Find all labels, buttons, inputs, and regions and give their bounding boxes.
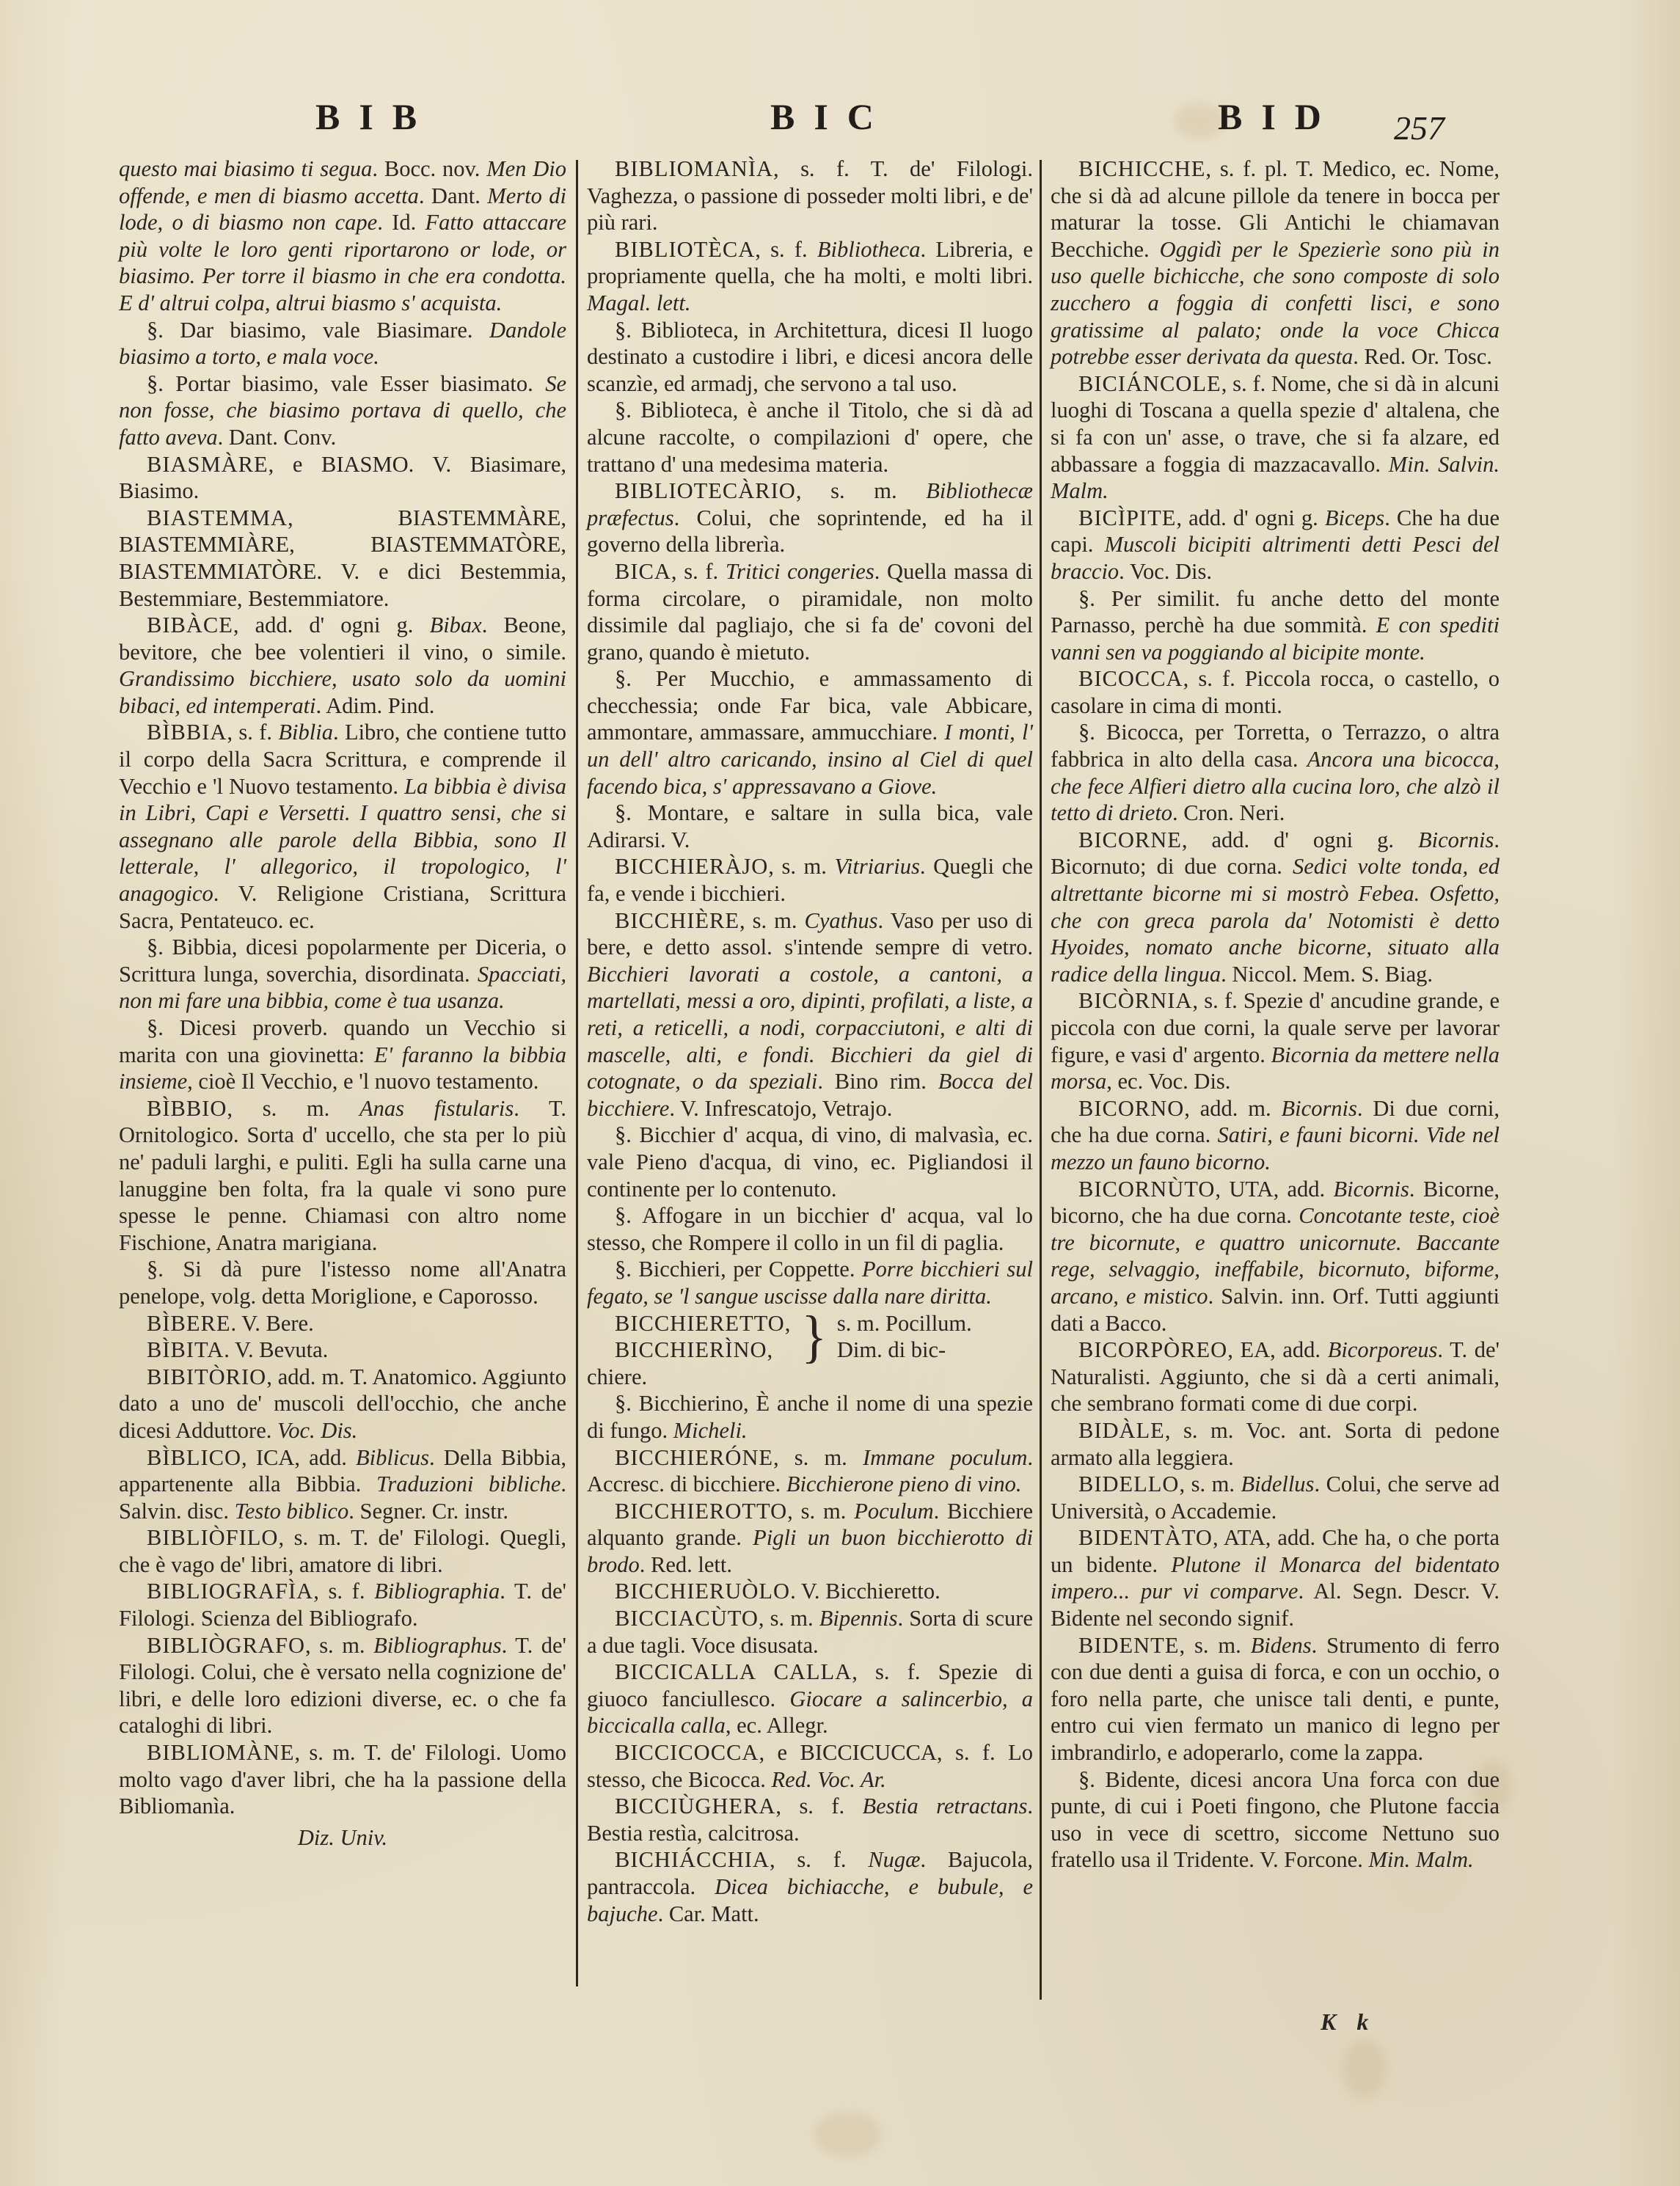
definition-text: , UTA, add. [1215, 1177, 1333, 1202]
column-rule-left [576, 160, 578, 1986]
definition-text: , s. m. [305, 1633, 373, 1658]
dictionary-entry: BIBÀCE, add. d' ogni g. Bibax. Beone, be… [119, 612, 566, 719]
headword: BIBLIOMANÌA [615, 156, 773, 181]
dictionary-entry: BIASMÀRE, e BIASMO. V. Biasimare, Biasim… [119, 451, 566, 505]
shared-definition: s. m. Pocillum.Dim. di bic- [837, 1310, 972, 1364]
italic-citation: Poculum [854, 1499, 933, 1524]
dictionary-entry-braced: BICCHIERETTO,BICCHIERÌNO,}s. m. Pocillum… [587, 1310, 1033, 1391]
sub-sense: §. Biblioteca, in Architettura, dicesi I… [587, 317, 1033, 398]
headword: BICCHIÈRE [615, 908, 739, 933]
headword: BICORNE [1078, 827, 1182, 852]
italic-citation: Red. Voc. Ar. [772, 1767, 886, 1792]
headword: BICCHIERÀJO [615, 854, 768, 879]
definition-text: . Adim. Pind. [316, 693, 435, 718]
headword: BIBLIOTECÀRIO [615, 478, 796, 503]
headword: BICCHIERÓNE [615, 1445, 773, 1470]
dictionary-entry: BICORNO, add. m. Bicornis. Di due corni,… [1051, 1095, 1500, 1176]
definition-text: , s. m. [773, 1445, 863, 1470]
dictionary-entry: BICCIÙGHERA, s. f. Bestia retractans. Be… [587, 1793, 1033, 1846]
italic-citation: Bibliographia [374, 1579, 500, 1604]
italic-citation: Tritici congeries [726, 559, 874, 584]
sub-sense: §. Portar biasimo, vale Esser biasimato.… [119, 370, 566, 451]
definition-text: . Red. Or. Tosc. [1353, 344, 1492, 369]
dictionary-entry: BICCICALLA CALLA, s. f. Spezie di giuoco… [587, 1659, 1033, 1739]
column-middle: BIBLIOMANÌA, s. f. T. de' Filologi. Vagh… [587, 156, 1033, 1927]
definition-text: , cioè Il Vecchio, e 'l nuovo testamento… [187, 1069, 538, 1094]
sub-sense: §. Bicocca, per Torretta, o Terrazzo, o … [1051, 719, 1500, 826]
italic-citation: Magal. lett. [587, 290, 690, 315]
headword: BICCHIERUÒLO [615, 1579, 790, 1604]
italic-citation: Bipennis [819, 1606, 898, 1631]
dictionary-entry: BICCHIERÀJO, s. m. Vitriarius. Quegli ch… [587, 853, 1033, 907]
italic-citation: Bibliographus [373, 1633, 502, 1658]
definition-text: , EA, add. [1227, 1337, 1328, 1362]
brace-group: BICCHIERETTO,BICCHIERÌNO,}s. m. Pocillum… [587, 1310, 1033, 1364]
definition-text: . Dant. [419, 183, 487, 208]
italic-citation: Bicorporeus [1328, 1337, 1438, 1362]
sub-sense: §. Dar biasimo, vale Biasimare. Dandole … [119, 317, 566, 370]
sub-sense: §. Bibbia, dicesi popolarmente per Dicer… [119, 934, 566, 1015]
sub-sense: §. Affogare in un bicchier d' acqua, val… [587, 1202, 1033, 1256]
dictionary-entry: BIDÀLE, s. m. Voc. ant. Sorta di pedone … [1051, 1417, 1500, 1471]
headword: BICORNÙTO [1078, 1177, 1215, 1202]
definition-text: . Id. [377, 210, 425, 235]
italic-citation: Traduzioni bibliche [376, 1472, 560, 1496]
definition-text: . V. Infrescatojo, Vetrajo. [669, 1096, 892, 1121]
source-citation: Diz. Univ. [119, 1824, 566, 1851]
headword: BICA [615, 559, 671, 584]
headword: BIASMÀRE [147, 452, 269, 477]
definition-text: §. Bicchierino, È anche il nome di una s… [587, 1391, 1033, 1443]
dictionary-entry: BICA, s. f. Tritici congeries. Quella ma… [587, 558, 1033, 665]
dictionary-entry: BIBLIOTECÀRIO, s. m. Bibliothecæ præfect… [587, 478, 1033, 558]
sub-sense: §. Bicchierino, È anche il nome di una s… [587, 1390, 1033, 1444]
headword: BIBLIOGRAFÌA [147, 1579, 313, 1604]
dictionary-entry: BICIÁNCOLE, s. f. Nome, che si dà in alc… [1051, 370, 1500, 505]
sub-sense: §. Bidente, dicesi ancora Una forca con … [1051, 1766, 1500, 1874]
italic-citation: Immane poculum [863, 1445, 1027, 1470]
sub-sense: §. Dicesi proverb. quando un Vecchio si … [119, 1015, 566, 1095]
dictionary-entry: BÌBBIO, s. m. Anas fistularis. T. Ornito… [119, 1095, 566, 1257]
italic-citation: Muscoli bicipiti altrimenti detti Pesci … [1051, 532, 1500, 584]
dictionary-entry: BIBLIOGRAFÌA, s. f. Bibliographia. T. de… [119, 1578, 566, 1631]
dictionary-entry: BIBLIOMÀNE, s. m. T. de' Filologi. Uomo … [119, 1739, 566, 1820]
headword: BICCHIERETTO, [615, 1310, 791, 1337]
headword: BÌBERE [147, 1311, 230, 1336]
italic-citation: Vitriarius [835, 854, 920, 879]
dictionary-entry: BIDENTÀTO, ATA, add. Che ha, o che porta… [1051, 1524, 1500, 1631]
dictionary-entry: BICOCCA, s. f. Piccola rocca, o castello… [1051, 665, 1500, 719]
dictionary-entry: BICCICOCCA, e BICCICUCCA, s. f. Lo stess… [587, 1739, 1033, 1793]
headword: BÌBBIA [147, 720, 227, 745]
sub-sense: §. Per similit. fu anche detto del monte… [1051, 585, 1500, 666]
headword: BIDENTÀTO [1078, 1525, 1213, 1550]
definition-text: , s. m. [787, 1499, 854, 1524]
definition-text: . Bocc. nov. [372, 156, 486, 181]
headword-group: BICCHIERETTO,BICCHIERÌNO, [587, 1310, 791, 1364]
sub-sense: §. Bicchier d' acqua, di vino, di malvas… [587, 1122, 1033, 1202]
dictionary-entry: BICÒRNIA, s. f. Spezie d' ancudine grand… [1051, 987, 1500, 1094]
dictionary-entry: BICCIACÙTO, s. m. Bipennis. Sorta di scu… [587, 1605, 1033, 1659]
definition-text: . Segner. Cr. instr. [348, 1499, 508, 1524]
running-head-left: BIB [315, 95, 436, 138]
dictionary-entry: BICORPÒREO, EA, add. Bicorporeus. T. de'… [1051, 1337, 1500, 1417]
headword: BICCHIERÌNO, [615, 1337, 791, 1364]
definition-text: , s. f. [671, 559, 726, 584]
italic-citation: Testo biblico [235, 1499, 349, 1524]
definition-text: §. Dar biasimo, vale Biasimare. [147, 318, 489, 343]
italic-citation: Bibax [430, 613, 482, 637]
column-rule-right [1040, 160, 1042, 2000]
definition-text: , ec. Allegr. [726, 1713, 828, 1738]
dictionary-entry: BIBLIOTÈCA, s. f. Bibliotheca. Libreria,… [587, 236, 1033, 317]
definition-text: §. Bicchieri, per Coppette. [615, 1257, 862, 1282]
dictionary-entry: BICCHIÈRE, s. m. Cyathus. Vaso per uso d… [587, 907, 1033, 1122]
headword: BICCICALLA CALLA [615, 1659, 852, 1684]
definition-text: , s. m. [768, 854, 834, 879]
brace-symbol: } [801, 1312, 827, 1361]
definition-line: s. m. Pocillum. [837, 1310, 972, 1337]
definition-text: , s. f. [313, 1579, 374, 1604]
paper-stain [1343, 2039, 1387, 2098]
definition-text: §. Si dà pure l'istesso nome all'Anatra … [119, 1257, 566, 1309]
italic-citation: Biblia [278, 720, 333, 745]
headword: BICHIÁCCHIA [615, 1847, 770, 1872]
headword: BIDÀLE [1078, 1418, 1165, 1443]
italic-citation: Bidens [1251, 1633, 1312, 1658]
dictionary-entry: BICHIÁCCHIA, s. f. Nugæ. Bajucola, pantr… [587, 1846, 1033, 1927]
running-head-right: BID [1218, 95, 1340, 138]
headword: BICOCCA [1078, 666, 1183, 691]
sub-sense: §. Bicchieri, per Coppette. Porre bicchi… [587, 1256, 1033, 1309]
headword: BIBLIÒFILO [147, 1525, 278, 1550]
headword: BIBLIOMÀNE [147, 1740, 294, 1765]
definition-text: §. Portar biasimo, vale Esser biasimato. [147, 371, 545, 396]
definition-text: , s. m. [1179, 1633, 1250, 1658]
italic-citation: Bicornis [1334, 1177, 1409, 1202]
italic-citation: questo mai biasimo ti segua [119, 156, 372, 181]
sub-sense: §. Biblioteca, è anche il Titolo, che si… [587, 397, 1033, 478]
definition-text: , ec. Voc. Dis. [1106, 1069, 1230, 1094]
definition-text: , s. f. [227, 720, 278, 745]
continued-text: questo mai biasimo ti segua. Bocc. nov. … [119, 156, 566, 317]
headword: BIASTEMMA [147, 505, 288, 530]
definition-text: §. Biblioteca, è anche il Titolo, che si… [587, 398, 1033, 476]
italic-citation: Voc. Dis. [277, 1418, 357, 1443]
definition-text: , add. m. [1184, 1096, 1281, 1121]
dictionary-entry: BICORNE, add. d' ogni g. Bicornis. Bicor… [1051, 827, 1500, 988]
definition-text: , s. m. [1179, 1472, 1241, 1496]
definition-text: . Voc. Dis. [1119, 559, 1212, 584]
dictionary-entry: BICCHIERÓNE, s. m. Immane poculum. Accre… [587, 1444, 1033, 1498]
dictionary-entry: BICÌPITE, add. d' ogni g. Biceps. Che ha… [1051, 505, 1500, 585]
italic-citation: Bestia retractans [863, 1794, 1028, 1818]
italic-citation: Biblicus [356, 1445, 429, 1470]
definition-text: , s. m. [759, 1606, 819, 1631]
dictionary-entry: BICCHIEROTTO, s. m. Poculum. Bicchiere a… [587, 1498, 1033, 1579]
headword: BIBLIÒGRAFO [147, 1633, 305, 1658]
headword: BICIÁNCOLE [1078, 371, 1221, 396]
definition-text: , s. m. [796, 478, 926, 503]
definition-text: , s. m. [227, 1096, 359, 1121]
definition-text: . V. Bere. [230, 1311, 313, 1336]
page-number: 257 [1394, 109, 1445, 147]
italic-citation: Nugæ [868, 1847, 920, 1872]
headword: BICHICCHE [1078, 156, 1205, 181]
headword: BICCIÙGHERA [615, 1794, 775, 1818]
definition-text: . Cron. Neri. [1172, 800, 1285, 825]
headword: BICORPÒREO [1078, 1337, 1227, 1362]
running-head-middle: BIC [770, 95, 893, 138]
sub-sense: §. Per Mucchio, e ammassamento di checch… [587, 665, 1033, 800]
definition-text: . Niccol. Mem. S. Biag. [1221, 962, 1433, 987]
dictionary-entry: BÌBITA. V. Bevuta. [119, 1337, 566, 1364]
definition-text: , s. f. [770, 1847, 868, 1872]
dictionary-entry: BÌBLICO, ICA, add. Biblicus. Della Bibbi… [119, 1444, 566, 1525]
dictionary-entry: BIBITÒRIO, add. m. T. Anatomico. Aggiunt… [119, 1364, 566, 1444]
dictionary-entry: BIDELLO, s. m. Bidellus. Colui, che serv… [1051, 1471, 1500, 1524]
headword: BICÒRNIA [1078, 988, 1192, 1013]
headword: BÌBBIO [147, 1096, 227, 1121]
headword: BIBITÒRIO [147, 1364, 266, 1389]
headword: BIBÀCE [147, 613, 233, 637]
dictionary-entry: BICORNÙTO, UTA, add. Bicornis. Bicorne, … [1051, 1176, 1500, 1337]
definition-text: . V. Bicchieretto. [790, 1579, 941, 1604]
dictionary-entry: BIBLIÒFILO, s. m. T. de' Filologi. Quegl… [119, 1524, 566, 1578]
signature-mark: K k [1321, 2008, 1376, 2036]
headword: BICCHIEROTTO [615, 1499, 787, 1524]
italic-citation: Biceps [1325, 505, 1384, 530]
dictionary-entry: BÌBBIA, s. f. Biblia. Libro, che contien… [119, 719, 566, 934]
dictionary-entry: BIDENTE, s. m. Bidens. Strumento di ferr… [1051, 1632, 1500, 1766]
definition-text: , add. d' ogni g. [233, 613, 430, 637]
headword: BICCIACÙTO [615, 1606, 759, 1631]
definition-text: . Dant. Conv. [218, 425, 337, 450]
definition-text: §. Affogare in un bicchier d' acqua, val… [587, 1203, 1033, 1255]
headword: BIBLIOTÈCA [615, 237, 755, 262]
column-right: BICHICCHE, s. f. pl. T. Medico, ec. Nome… [1051, 156, 1500, 1874]
italic-citation: Bicchierone pieno di vino. [786, 1472, 1022, 1496]
dictionary-entry: BIBLIÒGRAFO, s. m. Bibliographus. T. de'… [119, 1632, 566, 1739]
dictionary-entry: BÌBERE. V. Bere. [119, 1310, 566, 1337]
sub-sense: §. Si dà pure l'istesso nome all'Anatra … [119, 1256, 566, 1309]
definition-text: , add. d' ogni g. [1176, 505, 1324, 530]
definition-line: Dim. di bic- [837, 1337, 972, 1364]
definition-text: . Bino rim. [817, 1069, 938, 1094]
definition-text: , s. f. [775, 1794, 862, 1818]
headword: BICÌPITE [1078, 505, 1176, 530]
italic-citation: Bicornis [1418, 827, 1494, 852]
headword: BICCICOCCA [615, 1740, 759, 1765]
italic-citation: Bicornis [1282, 1096, 1357, 1121]
italic-citation: Bibliotheca [817, 237, 921, 262]
dictionary-entry: BICCHIERUÒLO. V. Bicchieretto. [587, 1578, 1033, 1605]
definition-text: . Red. lett. [640, 1552, 732, 1577]
dictionary-entry: BIASTEMMA, BIASTEMMÀRE, BIASTEMMIÀRE, BI… [119, 505, 566, 612]
definition-text: §. Bicchier d' acqua, di vino, di malvas… [587, 1122, 1033, 1201]
definition-text: §. Biblioteca, in Architettura, dicesi I… [587, 318, 1033, 396]
definition-text: . Car. Matt. [658, 1901, 759, 1926]
headword: BIDENTE [1078, 1633, 1179, 1658]
headword: BÌBLICO [147, 1445, 241, 1470]
paper-stain [814, 2113, 880, 2157]
definition-text: . V. Bevuta. [224, 1337, 328, 1362]
italic-citation: Bidellus [1241, 1472, 1314, 1496]
definition-text: , s. f. [755, 237, 817, 262]
italic-citation: Min. Malm. [1368, 1847, 1473, 1872]
dictionary-entry: BICHICCHE, s. f. pl. T. Medico, ec. Nome… [1051, 156, 1500, 370]
headword: BICORNO [1078, 1096, 1184, 1121]
headword: BIDELLO [1078, 1472, 1179, 1496]
italic-citation: Micheli. [673, 1418, 748, 1443]
definition-text: , s. m. [739, 908, 805, 933]
definition-text: , add. d' ogni g. [1182, 827, 1418, 852]
italic-citation: Cyathus [805, 908, 878, 933]
headword: BÌBITA [147, 1337, 224, 1362]
column-left: questo mai biasimo ti segua. Bocc. nov. … [119, 156, 566, 1851]
definition-text: , ICA, add. [241, 1445, 356, 1470]
definition-text: §. Montare, e saltare in sulla bica, val… [587, 800, 1033, 852]
dictionary-entry: BIBLIOMANÌA, s. f. T. de' Filologi. Vagh… [587, 156, 1033, 236]
italic-citation: Anas fistularis [359, 1096, 514, 1121]
sub-sense: §. Montare, e saltare in sulla bica, val… [587, 800, 1033, 853]
